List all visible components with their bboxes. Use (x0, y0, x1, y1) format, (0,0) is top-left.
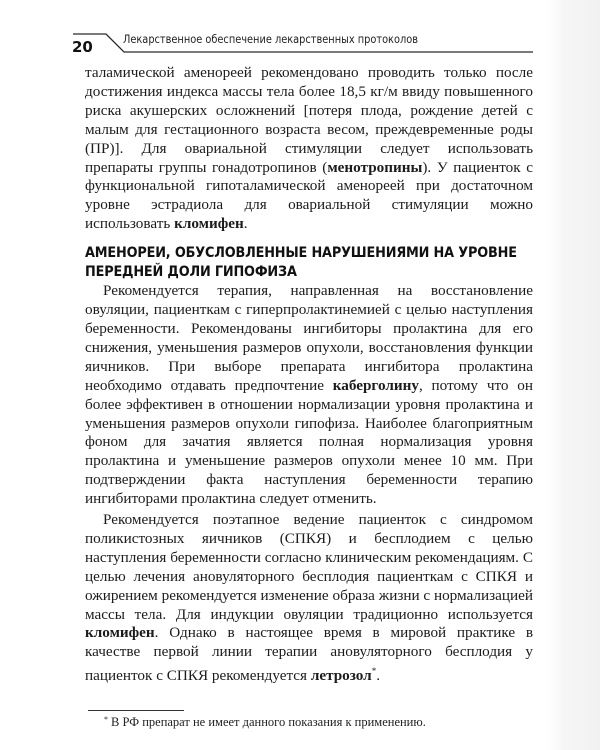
running-head: 20 Лекарственное обеспечение лекарственн… (0, 0, 600, 60)
paragraph-1: таламической аменореей рекомендовано про… (85, 64, 533, 234)
paragraph-2: Рекомендуется терапия, направленная на в… (85, 282, 533, 509)
drug-name-clomiphene: кломифен (85, 624, 155, 641)
running-title: Лекарственное обеспечение лекарственных … (123, 32, 418, 46)
footnote: *В РФ препарат не имеет данного показани… (104, 715, 426, 730)
paragraph-3: Рекомендуется поэтапное ведение пациенто… (85, 511, 533, 686)
page-number: 20 (72, 38, 93, 56)
footnote-divider (88, 710, 184, 711)
drug-name-letrozole: летрозол (311, 667, 372, 684)
section-heading: АМЕНОРЕИ, ОБУСЛОВЛЕННЫЕ НАРУШЕНИЯМИ НА У… (85, 244, 533, 282)
drug-name-clomiphene: кломифен (174, 215, 244, 232)
footnote-text: В РФ препарат не имеет данного показания… (111, 715, 426, 729)
body-text: таламической аменореей рекомендовано про… (85, 64, 533, 686)
footnote-marker: * (104, 715, 108, 724)
drug-name-menotropins: менотропины (327, 159, 422, 176)
drug-name-cabergoline: каберголину (333, 377, 419, 394)
page-edge-shadow (548, 0, 600, 750)
